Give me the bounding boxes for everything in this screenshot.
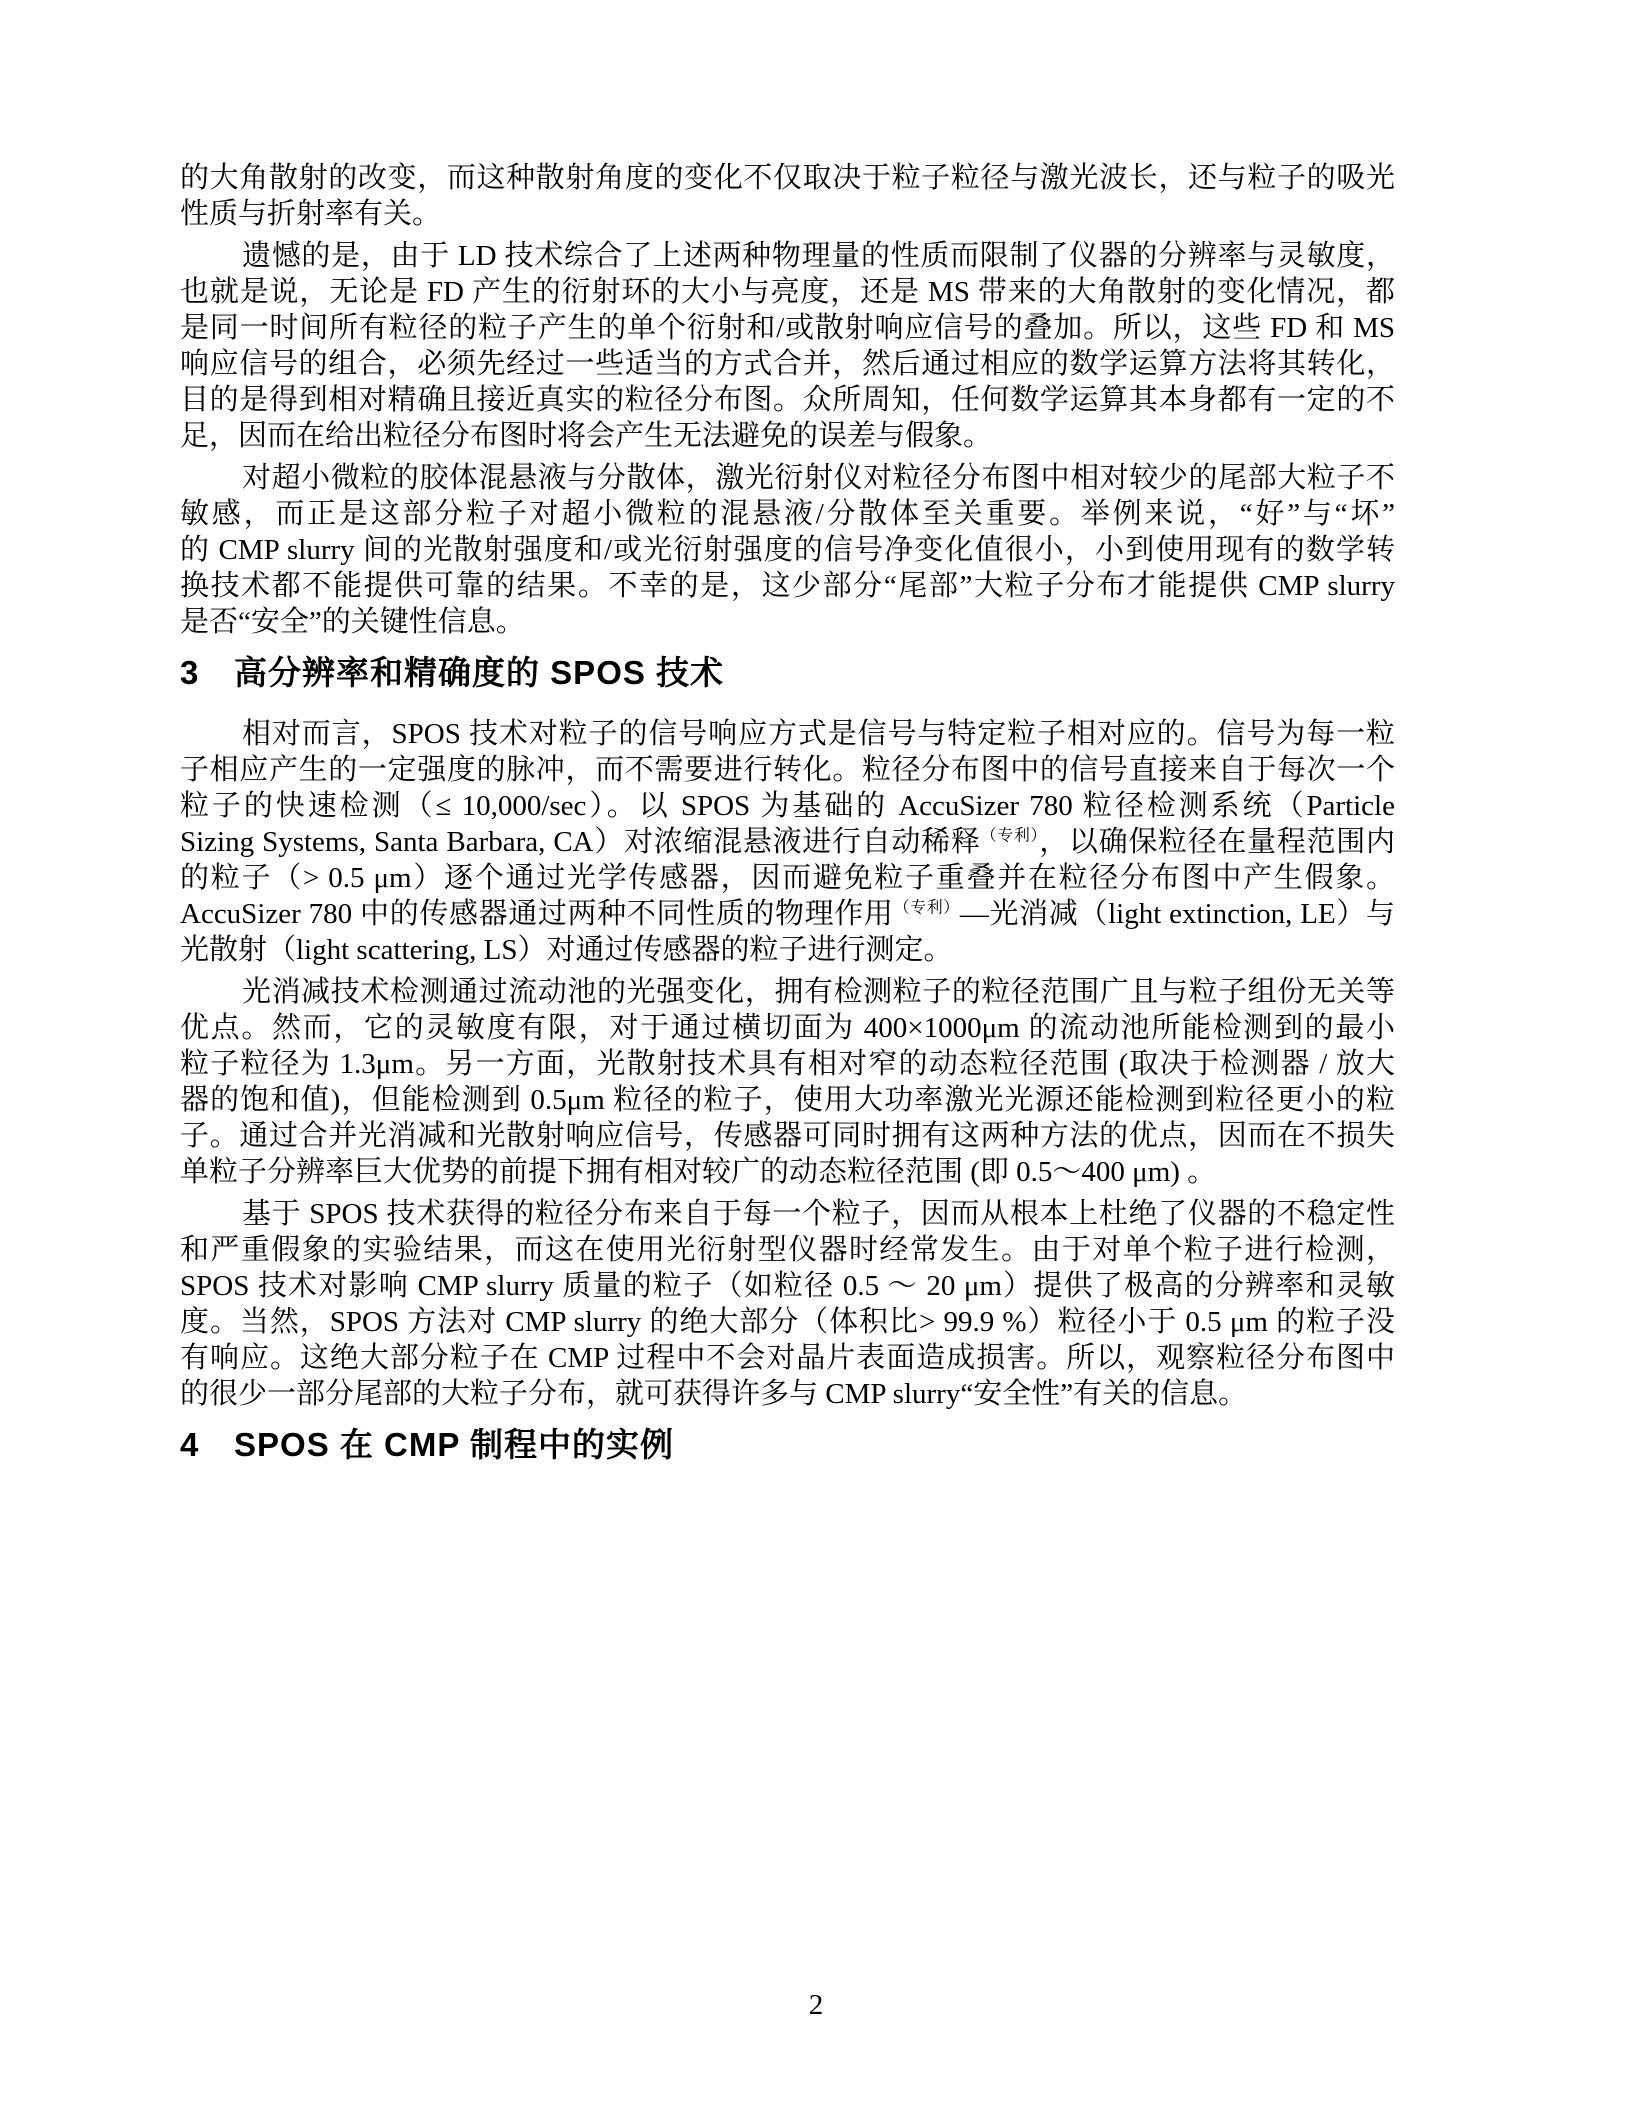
section-heading-4: 4SPOS 在 CMP 制程中的实例 [180,1426,1395,1464]
section-heading-3: 3高分辨率和精确度的 SPOS 技术 [180,654,1395,692]
text-line: 粒子的快速检测（≤ 10,000/sec）。以 SPOS 为基础的 AccuSi… [180,788,1395,824]
text-line: 是同一时间所有粒径的粒子产生的单个衍射和/或散射响应信号的叠加。所以，这些 FD… [180,310,1395,346]
text-line: 敏感，而正是这部分粒子对超小微粒的混悬液/分散体至关重要。举例来说，“好”与“坏… [180,496,1395,532]
text-line: AccuSizer 780 中的传感器通过两种不同性质的物理作用（专利）—光消减… [180,896,1395,932]
text-line: 和严重假象的实验结果，而这在使用光衍射型仪器时经常发生。由于对单个粒子进行检测， [180,1232,1395,1268]
document-page: 的大角散射的改变，而这种散射角度的变化不仅取决于粒子粒径与激光波长，还与粒子的吸… [0,0,1632,2112]
section-title: SPOS 在 CMP 制程中的实例 [234,1426,674,1463]
text-line: 足，因而在给出粒径分布图时将会产生无法避免的误差与假象。 [180,418,1395,454]
paragraph: 基于 SPOS 技术获得的粒径分布来自于每一个粒子，因而从根本上杜绝了仪器的不稳… [180,1196,1395,1412]
text-line: 度。当然，SPOS 方法对 CMP slurry 的绝大部分（体积比> 99.9… [180,1304,1395,1340]
text-line: 基于 SPOS 技术获得的粒径分布来自于每一个粒子，因而从根本上杜绝了仪器的不稳… [180,1196,1395,1232]
text-line: 相对而言，SPOS 技术对粒子的信号响应方式是信号与特定粒子相对应的。信号为每一… [180,716,1395,752]
text-line: 光散射（light scattering, LS）对通过传感器的粒子进行测定。 [180,932,1395,968]
paragraph: 的大角散射的改变，而这种散射角度的变化不仅取决于粒子粒径与激光波长，还与粒子的吸… [180,160,1395,232]
text-line: 遗憾的是，由于 LD 技术综合了上述两种物理量的性质而限制了仪器的分辨率与灵敏度… [180,238,1395,274]
text-line: SPOS 技术对影响 CMP slurry 质量的粒子（如粒径 0.5 ～ 20… [180,1268,1395,1304]
text-line: Sizing Systems, Santa Barbara, CA）对浓缩混悬液… [180,824,1395,860]
text-line: 性质与折射率有关。 [180,196,1395,232]
text-line: 有响应。这绝大部分粒子在 CMP 过程中不会对晶片表面造成损害。所以，观察粒径分… [180,1340,1395,1376]
text-line: 目的是得到相对精确且接近真实的粒径分布图。众所周知，任何数学运算其本身都有一定的… [180,382,1395,418]
text-line: 子相应产生的一定强度的脉冲，而不需要进行转化。粒径分布图中的信号直接来自于每次一… [180,752,1395,788]
text-line: 响应信号的组合，必须先经过一些适当的方式合并，然后通过相应的数学运算方法将其转化… [180,346,1395,382]
text-line: 的粒子（> 0.5 μm）逐个通过光学传感器，因而避免粒子重叠并在粒径分布图中产… [180,860,1395,896]
paragraph: 对超小微粒的胶体混悬液与分散体，激光衍射仪对粒径分布图中相对较少的尾部大粒子不敏… [180,460,1395,640]
text-line: 器的饱和值)，但能检测到 0.5μm 粒径的粒子，使用大功率激光光源还能检测到粒… [180,1082,1395,1118]
text-line: 对超小微粒的胶体混悬液与分散体，激光衍射仪对粒径分布图中相对较少的尾部大粒子不 [180,460,1395,496]
section-title: 高分辨率和精确度的 SPOS 技术 [234,654,724,691]
paragraph: 遗憾的是，由于 LD 技术综合了上述两种物理量的性质而限制了仪器的分辨率与灵敏度… [180,238,1395,454]
section-number: 3 [180,654,234,692]
paragraph: 光消减技术检测通过流动池的光强变化，拥有检测粒子的粒径范围广且与粒子组份无关等优… [180,974,1395,1190]
body-text: 的大角散射的改变，而这种散射角度的变化不仅取决于粒子粒径与激光波长，还与粒子的吸… [180,160,1395,1488]
text-line: 优点。然而，它的灵敏度有限，对于通过横切面为 400×1000μm 的流动池所能… [180,1010,1395,1046]
text-line: 光消减技术检测通过流动池的光强变化，拥有检测粒子的粒径范围广且与粒子组份无关等 [180,974,1395,1010]
text-line: 的 CMP slurry 间的光散射强度和/或光衍射强度的信号净变化值很小，小到… [180,532,1395,568]
text-line: 粒子粒径为 1.3μm。另一方面，光散射技术具有相对窄的动态粒径范围 (取决于检… [180,1046,1395,1082]
paragraph: 相对而言，SPOS 技术对粒子的信号响应方式是信号与特定粒子相对应的。信号为每一… [180,716,1395,968]
text-line: 是否“安全”的关键性信息。 [180,604,1395,640]
text-line: 的大角散射的改变，而这种散射角度的变化不仅取决于粒子粒径与激光波长，还与粒子的吸… [180,160,1395,196]
section-number: 4 [180,1426,234,1464]
text-line: 单粒子分辨率巨大优势的前提下拥有相对较广的动态粒径范围 (即 0.5～400 μ… [180,1154,1395,1190]
text-line: 也就是说，无论是 FD 产生的衍射环的大小与亮度，还是 MS 带来的大角散射的变… [180,274,1395,310]
text-line: 子。通过合并光消减和光散射响应信号，传感器可同时拥有这两种方法的优点，因而在不损… [180,1118,1395,1154]
text-line: 的很少一部分尾部的大粒子分布，就可获得许多与 CMP slurry“安全性”有关… [180,1376,1395,1412]
text-line: 换技术都不能提供可靠的结果。不幸的是，这少部分“尾部”大粒子分布才能提供 CMP… [180,568,1395,604]
page-number: 2 [0,1988,1632,2022]
